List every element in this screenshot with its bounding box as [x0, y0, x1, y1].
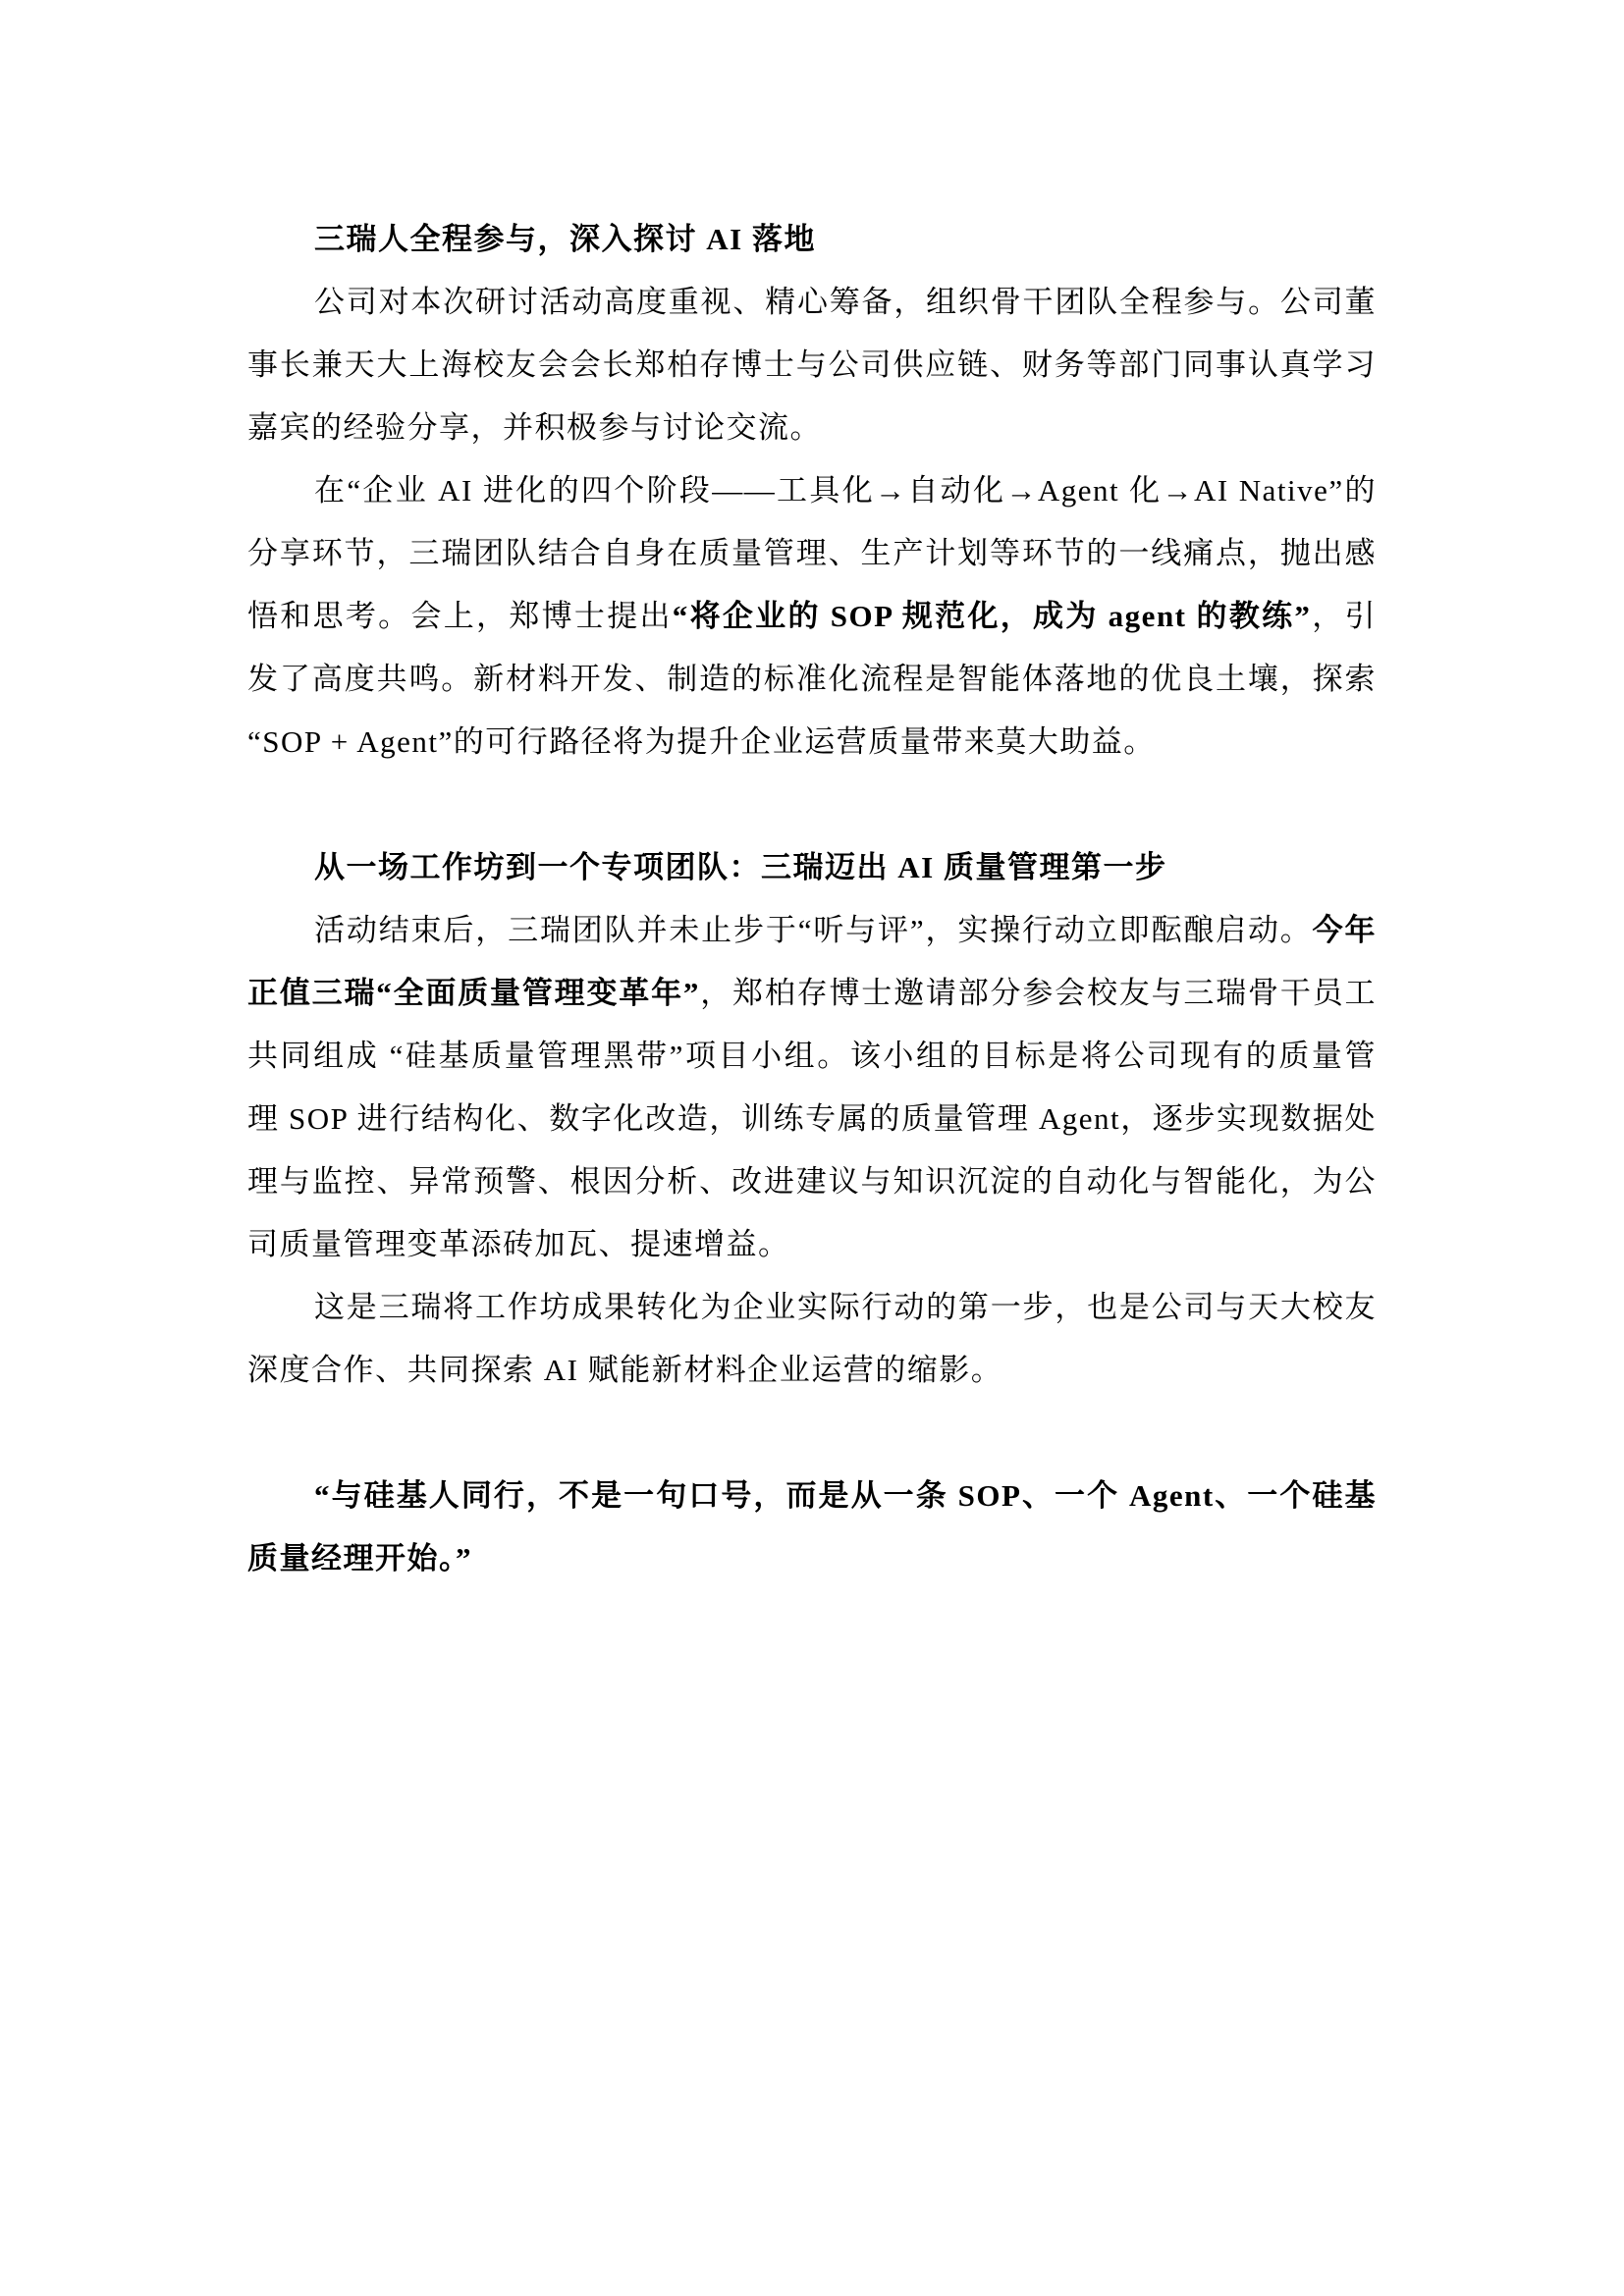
- paragraph-line: 活动结束后，三瑞团队并未止步于“听与评”，实操行动立即酝酿启动。今年: [247, 899, 1377, 962]
- paragraph: 活动结束后，三瑞团队并未止步于“听与评”，实操行动立即酝酿启动。今年 正值三瑞“…: [247, 899, 1377, 1276]
- paragraph-line: 正值三瑞“全面质量管理变革年”，郑柏存博士邀请部分参会校友与三瑞骨干员工: [247, 962, 1377, 1025]
- section-heading: 三瑞人全程参与，深入探讨 AI 落地: [247, 208, 1377, 271]
- paragraph-line: 理与监控、异常预警、根因分析、改进建议与知识沉淀的自动化与智能化，为公: [247, 1150, 1377, 1213]
- paragraph: 公司对本次研讨活动高度重视、精心筹备，组织骨干团队全程参与。公司董 事长兼天大上…: [247, 271, 1377, 459]
- closing-quote: “与硅基人同行，不是一句口号，而是从一条 SOP、一个 Agent、一个硅基 质…: [247, 1465, 1377, 1590]
- quote-line: 质量经理开始。”: [247, 1527, 1377, 1590]
- section-spacer: [247, 1402, 1377, 1465]
- paragraph-line: “SOP + Agent”的可行路径将为提升企业运营质量带来莫大助益。: [247, 711, 1377, 774]
- bold-text: 今年: [1313, 913, 1377, 947]
- paragraph-line: 在“企业 AI 进化的四个阶段——工具化→自动化→Agent 化→AI Nati…: [247, 459, 1377, 522]
- text-run: 悟和思考。会上，郑博士提出: [247, 599, 673, 633]
- bold-text: 正值三瑞“全面质量管理变革年”: [247, 976, 700, 1010]
- document-page: 三瑞人全程参与，深入探讨 AI 落地 公司对本次研讨活动高度重视、精心筹备，组织…: [247, 208, 1377, 1590]
- section-quality-team: 从一场工作坊到一个专项团队：三瑞迈出 AI 质量管理第一步 活动结束后，三瑞团队…: [247, 836, 1377, 1402]
- paragraph-line: 事长兼天大上海校友会会长郑柏存博士与公司供应链、财务等部门同事认真学习: [247, 334, 1377, 397]
- section-ai-adoption: 三瑞人全程参与，深入探讨 AI 落地 公司对本次研讨活动高度重视、精心筹备，组织…: [247, 208, 1377, 774]
- paragraph-line: 嘉宾的经验分享，并积极参与讨论交流。: [247, 397, 1377, 459]
- section-spacer: [247, 774, 1377, 836]
- bold-quote: “将企业的 SOP 规范化，成为 agent 的教练”: [673, 599, 1312, 633]
- paragraph: 这是三瑞将工作坊成果转化为企业实际行动的第一步，也是公司与天大校友 深度合作、共…: [247, 1276, 1377, 1402]
- paragraph-line: 分享环节，三瑞团队结合自身在质量管理、生产计划等环节的一线痛点，抛出感: [247, 522, 1377, 585]
- text-run: ，引: [1311, 599, 1377, 633]
- paragraph: 在“企业 AI 进化的四个阶段——工具化→自动化→Agent 化→AI Nati…: [247, 459, 1377, 774]
- paragraph-line: 这是三瑞将工作坊成果转化为企业实际行动的第一步，也是公司与天大校友: [247, 1276, 1377, 1339]
- text-run: ，郑柏存博士邀请部分参会校友与三瑞骨干员工: [700, 976, 1377, 1010]
- paragraph-line: 悟和思考。会上，郑博士提出“将企业的 SOP 规范化，成为 agent 的教练”…: [247, 585, 1377, 648]
- section-heading: 从一场工作坊到一个专项团队：三瑞迈出 AI 质量管理第一步: [247, 836, 1377, 899]
- paragraph-line: 深度合作、共同探索 AI 赋能新材料企业运营的缩影。: [247, 1339, 1377, 1402]
- paragraph-line: 发了高度共鸣。新材料开发、制造的标准化流程是智能体落地的优良土壤，探索: [247, 648, 1377, 711]
- text-run: 活动结束后，三瑞团队并未止步于“听与评”，实操行动立即酝酿启动。: [314, 913, 1313, 947]
- paragraph-line: 司质量管理变革添砖加瓦、提速增益。: [247, 1213, 1377, 1276]
- paragraph-line: 公司对本次研讨活动高度重视、精心筹备，组织骨干团队全程参与。公司董: [247, 271, 1377, 334]
- quote-line: “与硅基人同行，不是一句口号，而是从一条 SOP、一个 Agent、一个硅基: [247, 1465, 1377, 1527]
- paragraph-line: 理 SOP 进行结构化、数字化改造，训练专属的质量管理 Agent，逐步实现数据…: [247, 1088, 1377, 1150]
- paragraph-line: 共同组成 “硅基质量管理黑带”项目小组。该小组的目标是将公司现有的质量管: [247, 1025, 1377, 1088]
